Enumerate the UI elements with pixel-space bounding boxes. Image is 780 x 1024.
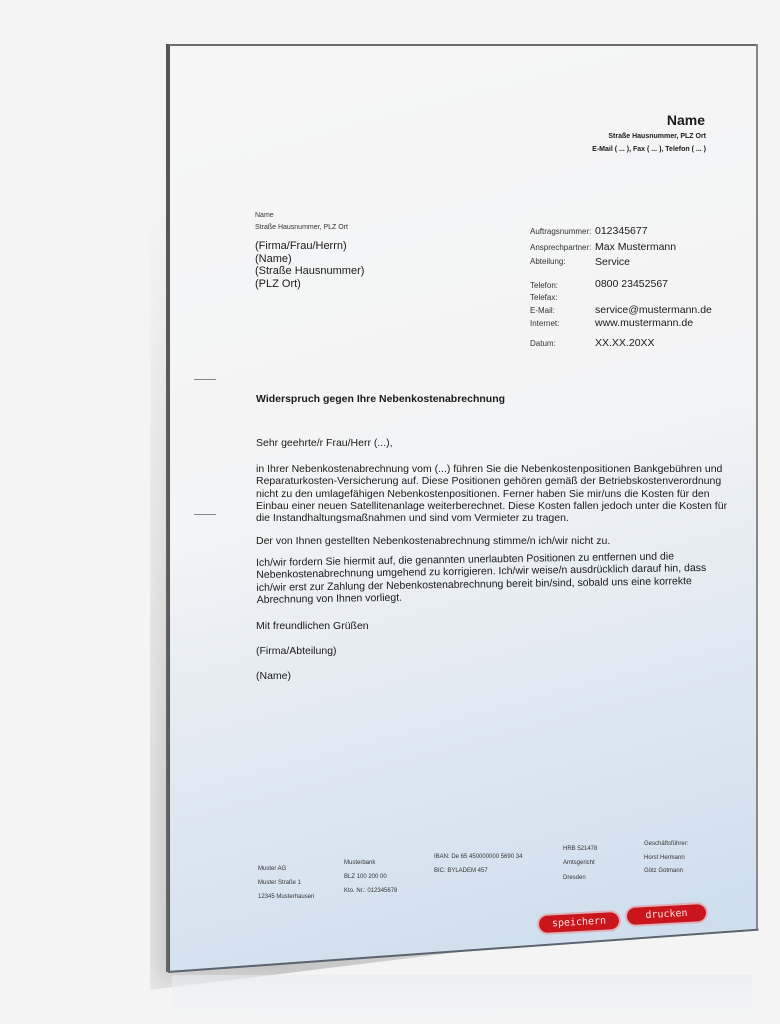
paragraph-line: nicht zu den umlagefähigen Nebenkostenpo… <box>256 488 716 500</box>
info-value-department: Service <box>595 256 630 268</box>
fold-mark-top <box>194 379 216 380</box>
info-value-phone: 0800 23452567 <box>595 278 668 290</box>
letter-subject: Widerspruch gegen Ihre Nebenkostenabrech… <box>256 393 505 405</box>
sender-contact: E-Mail ( ... ), Fax ( ... ), Telefon ( .… <box>592 146 706 153</box>
signature-name: (Name) <box>256 670 716 682</box>
footer-account-number: Kto. Nr.: 012345678 <box>344 888 397 894</box>
info-label-phone: Telefon: <box>530 281 558 290</box>
info-value-date: XX.XX.20XX <box>595 337 655 349</box>
footer-iban: IBAN: De 65 450000000 5690 34 <box>434 854 522 860</box>
info-label-contact-person: Ansprechpartner: <box>530 243 591 252</box>
letter-paragraph-2: Der von Ihnen gestellten Nebenkostenabre… <box>256 535 716 547</box>
letter-paragraph-3: Ich/wir fordern Sie hiermit auf, die gen… <box>256 550 717 606</box>
footer-bic: BIC: BYLADEM 457 <box>434 868 488 874</box>
footer-manager-2: Götz Gotmann <box>644 868 683 874</box>
page-edge-top <box>168 44 758 46</box>
info-value-contact-person: Max Mustermann <box>595 241 676 253</box>
info-value-order-number: 012345677 <box>595 225 648 237</box>
footer-court-label: Amtsgericht <box>563 860 595 866</box>
footer-company-city: 12345 Musterhausen <box>258 894 314 900</box>
recipient-company: (Firma/Frau/Herrn) <box>255 240 364 253</box>
info-value-website: www.mustermann.de <box>595 317 693 329</box>
info-label-fax: Telefax: <box>530 293 558 302</box>
page-reflection <box>172 975 752 1024</box>
footer-company-street: Muster Straße 1 <box>258 880 301 886</box>
paragraph-line: die Instandhaltungsmaßnahmen und sind vo… <box>256 512 716 524</box>
sender-name: Name <box>667 112 705 128</box>
info-label-website: Internet: <box>530 319 559 328</box>
footer-bank-code: BLZ 100 200 00 <box>344 874 387 880</box>
paragraph-line: Reparaturkosten-Versicherung auf. Diese … <box>256 475 716 487</box>
recipient-name: (Name) <box>255 253 364 266</box>
recipient-city: (PLZ Ort) <box>255 278 364 291</box>
footer-manager-1: Horst Hermann <box>644 855 685 861</box>
sender-address: Straße Hausnummer, PLZ Ort <box>608 133 706 140</box>
footer-company-name: Muster AG <box>258 866 286 872</box>
page-edge-left <box>166 44 169 972</box>
info-label-order-number: Auftragsnummer: <box>530 227 591 236</box>
letter-closing: Mit freundlichen Grüßen <box>256 620 716 632</box>
return-address-name: Name <box>255 212 274 219</box>
signature-company: (Firma/Abteilung) <box>256 645 716 657</box>
paragraph-line: in Ihrer Nebenkostenabrechnung vom (...)… <box>256 463 716 475</box>
footer-bank-name: Musterbank <box>344 860 375 866</box>
info-label-email: E-Mail: <box>530 306 555 315</box>
letter-salutation: Sehr geehrte/r Frau/Herr (...), <box>256 437 716 449</box>
footer-court-city: Dresden <box>563 875 586 881</box>
recipient-block: (Firma/Frau/Herrn) (Name) (Straße Hausnu… <box>255 240 364 290</box>
paragraph-line: Einbau einer neuen Satellitenanlage weit… <box>256 500 716 512</box>
info-value-email: service@mustermann.de <box>595 304 712 316</box>
recipient-street: (Straße Hausnummer) <box>255 265 364 278</box>
info-label-date: Datum: <box>530 339 556 348</box>
page-edge-right <box>756 44 758 930</box>
letter-paragraph-1: in Ihrer Nebenkostenabrechnung vom (...)… <box>256 463 716 524</box>
footer-management-label: Geschäftsführer: <box>644 841 688 847</box>
return-address-street: Straße Hausnummer, PLZ Ort <box>255 224 348 231</box>
footer-register-number: HRB 521478 <box>563 846 597 852</box>
fold-mark-bottom <box>194 514 216 515</box>
info-label-department: Abteilung: <box>530 257 566 266</box>
